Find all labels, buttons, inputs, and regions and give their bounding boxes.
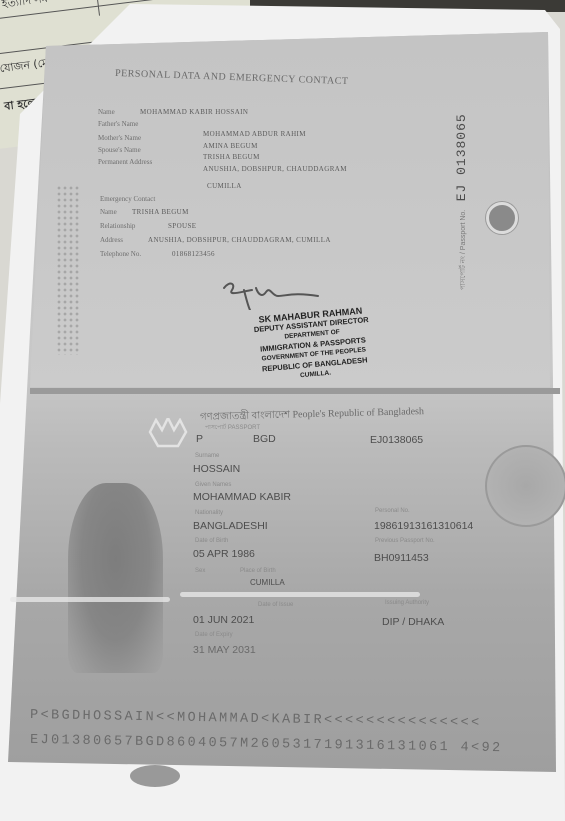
date-of-expiry: 31 MAY 2031 xyxy=(193,644,256,656)
nationality-label: Nationality xyxy=(195,510,223,516)
field-value: AMINA BEGUM xyxy=(203,142,258,150)
field-value: 01868123456 xyxy=(172,250,215,258)
prev-passport-label: Previous Passport No. xyxy=(375,538,435,544)
holder-photo xyxy=(68,483,163,673)
field-value: MOHAMMAD KABIR HOSSAIN xyxy=(140,108,248,116)
field-value: TRISHA BEGUM xyxy=(132,208,189,216)
field-label: Telephone No. xyxy=(100,250,141,258)
page-fold xyxy=(30,388,560,394)
official-stamp: SK MAHABUR RAHMAN DEPUTY ASSISTANT DIREC… xyxy=(225,303,400,388)
surname: HOSSAIN xyxy=(193,463,240,475)
previous-passport-no: BH0911453 xyxy=(374,552,429,564)
national-emblem-icon xyxy=(485,445,565,527)
issue-date-label: Date of Issue xyxy=(258,602,293,608)
dob-label: Date of Birth xyxy=(195,538,228,544)
birth-place: CUMILLA xyxy=(250,578,285,587)
field-label: Spouse's Name xyxy=(98,146,141,154)
field-label: Mother's Name xyxy=(98,134,141,142)
form-divider xyxy=(94,0,100,16)
passport-no-caption: পাসপোর্ট নং / Passport No. xyxy=(460,210,467,290)
signature xyxy=(222,280,322,310)
perforated-number xyxy=(56,185,80,355)
field-label: Name xyxy=(98,108,115,116)
personal-no-label: Personal No. xyxy=(375,508,410,514)
vertical-passport-number: পাসপোর্ট নং / Passport No. EJ 0138065 xyxy=(452,113,470,290)
field-value: SPOUSE xyxy=(168,222,196,230)
date-of-issue: 01 JUN 2021 xyxy=(193,614,254,626)
issuing-authority: DIP / DHAKA xyxy=(382,616,444,628)
field-value: CUMILLA xyxy=(207,182,242,190)
field-value: ANUSHIA, DOBSHPUR, CHAUDDAGRAM xyxy=(203,165,347,173)
date-of-birth: 05 APR 1986 xyxy=(193,548,255,560)
passport-subheader: পাসপোর্ট PASSPORT xyxy=(205,422,260,433)
birth-place-label: Place of Birth xyxy=(240,568,276,574)
authority-label: Issuing Authority xyxy=(385,600,429,606)
field-value: ANUSHIA, DOBSHPUR, CHAUDDAGRAM, CUMILLA xyxy=(148,236,331,244)
passport-number: EJ0138065 xyxy=(370,434,423,446)
light-glare xyxy=(10,597,170,602)
personal-no: 19861913161310614 xyxy=(374,520,473,532)
passport-no: EJ 0138065 xyxy=(454,113,469,201)
field-label: Relationship xyxy=(100,222,135,230)
field-label: Address xyxy=(100,236,123,244)
emergency-heading: Emergency Contact xyxy=(100,195,155,203)
field-label: Father's Name xyxy=(98,120,138,128)
country-code: BGD xyxy=(253,433,276,445)
finger-shadow xyxy=(130,765,180,787)
water-lily-emblem-icon xyxy=(148,418,188,448)
field-value: MOHAMMAD ABDUR RAHIM xyxy=(203,130,306,138)
surname-label: Surname xyxy=(195,453,219,459)
passport-type: P xyxy=(196,433,203,445)
sex-label: Sex xyxy=(195,568,205,574)
light-glare xyxy=(180,592,420,597)
field-label: Name xyxy=(100,208,117,216)
field-label: Permanent Address xyxy=(98,158,152,166)
given-names-label: Given Names xyxy=(195,482,231,488)
expiry-label: Date of Expiry xyxy=(195,632,233,638)
emblem-stamp-icon xyxy=(486,202,518,234)
field-value: TRISHA BEGUM xyxy=(203,153,260,161)
given-names: MOHAMMAD KABIR xyxy=(193,491,291,503)
nationality: BANGLADESHI xyxy=(193,520,268,532)
